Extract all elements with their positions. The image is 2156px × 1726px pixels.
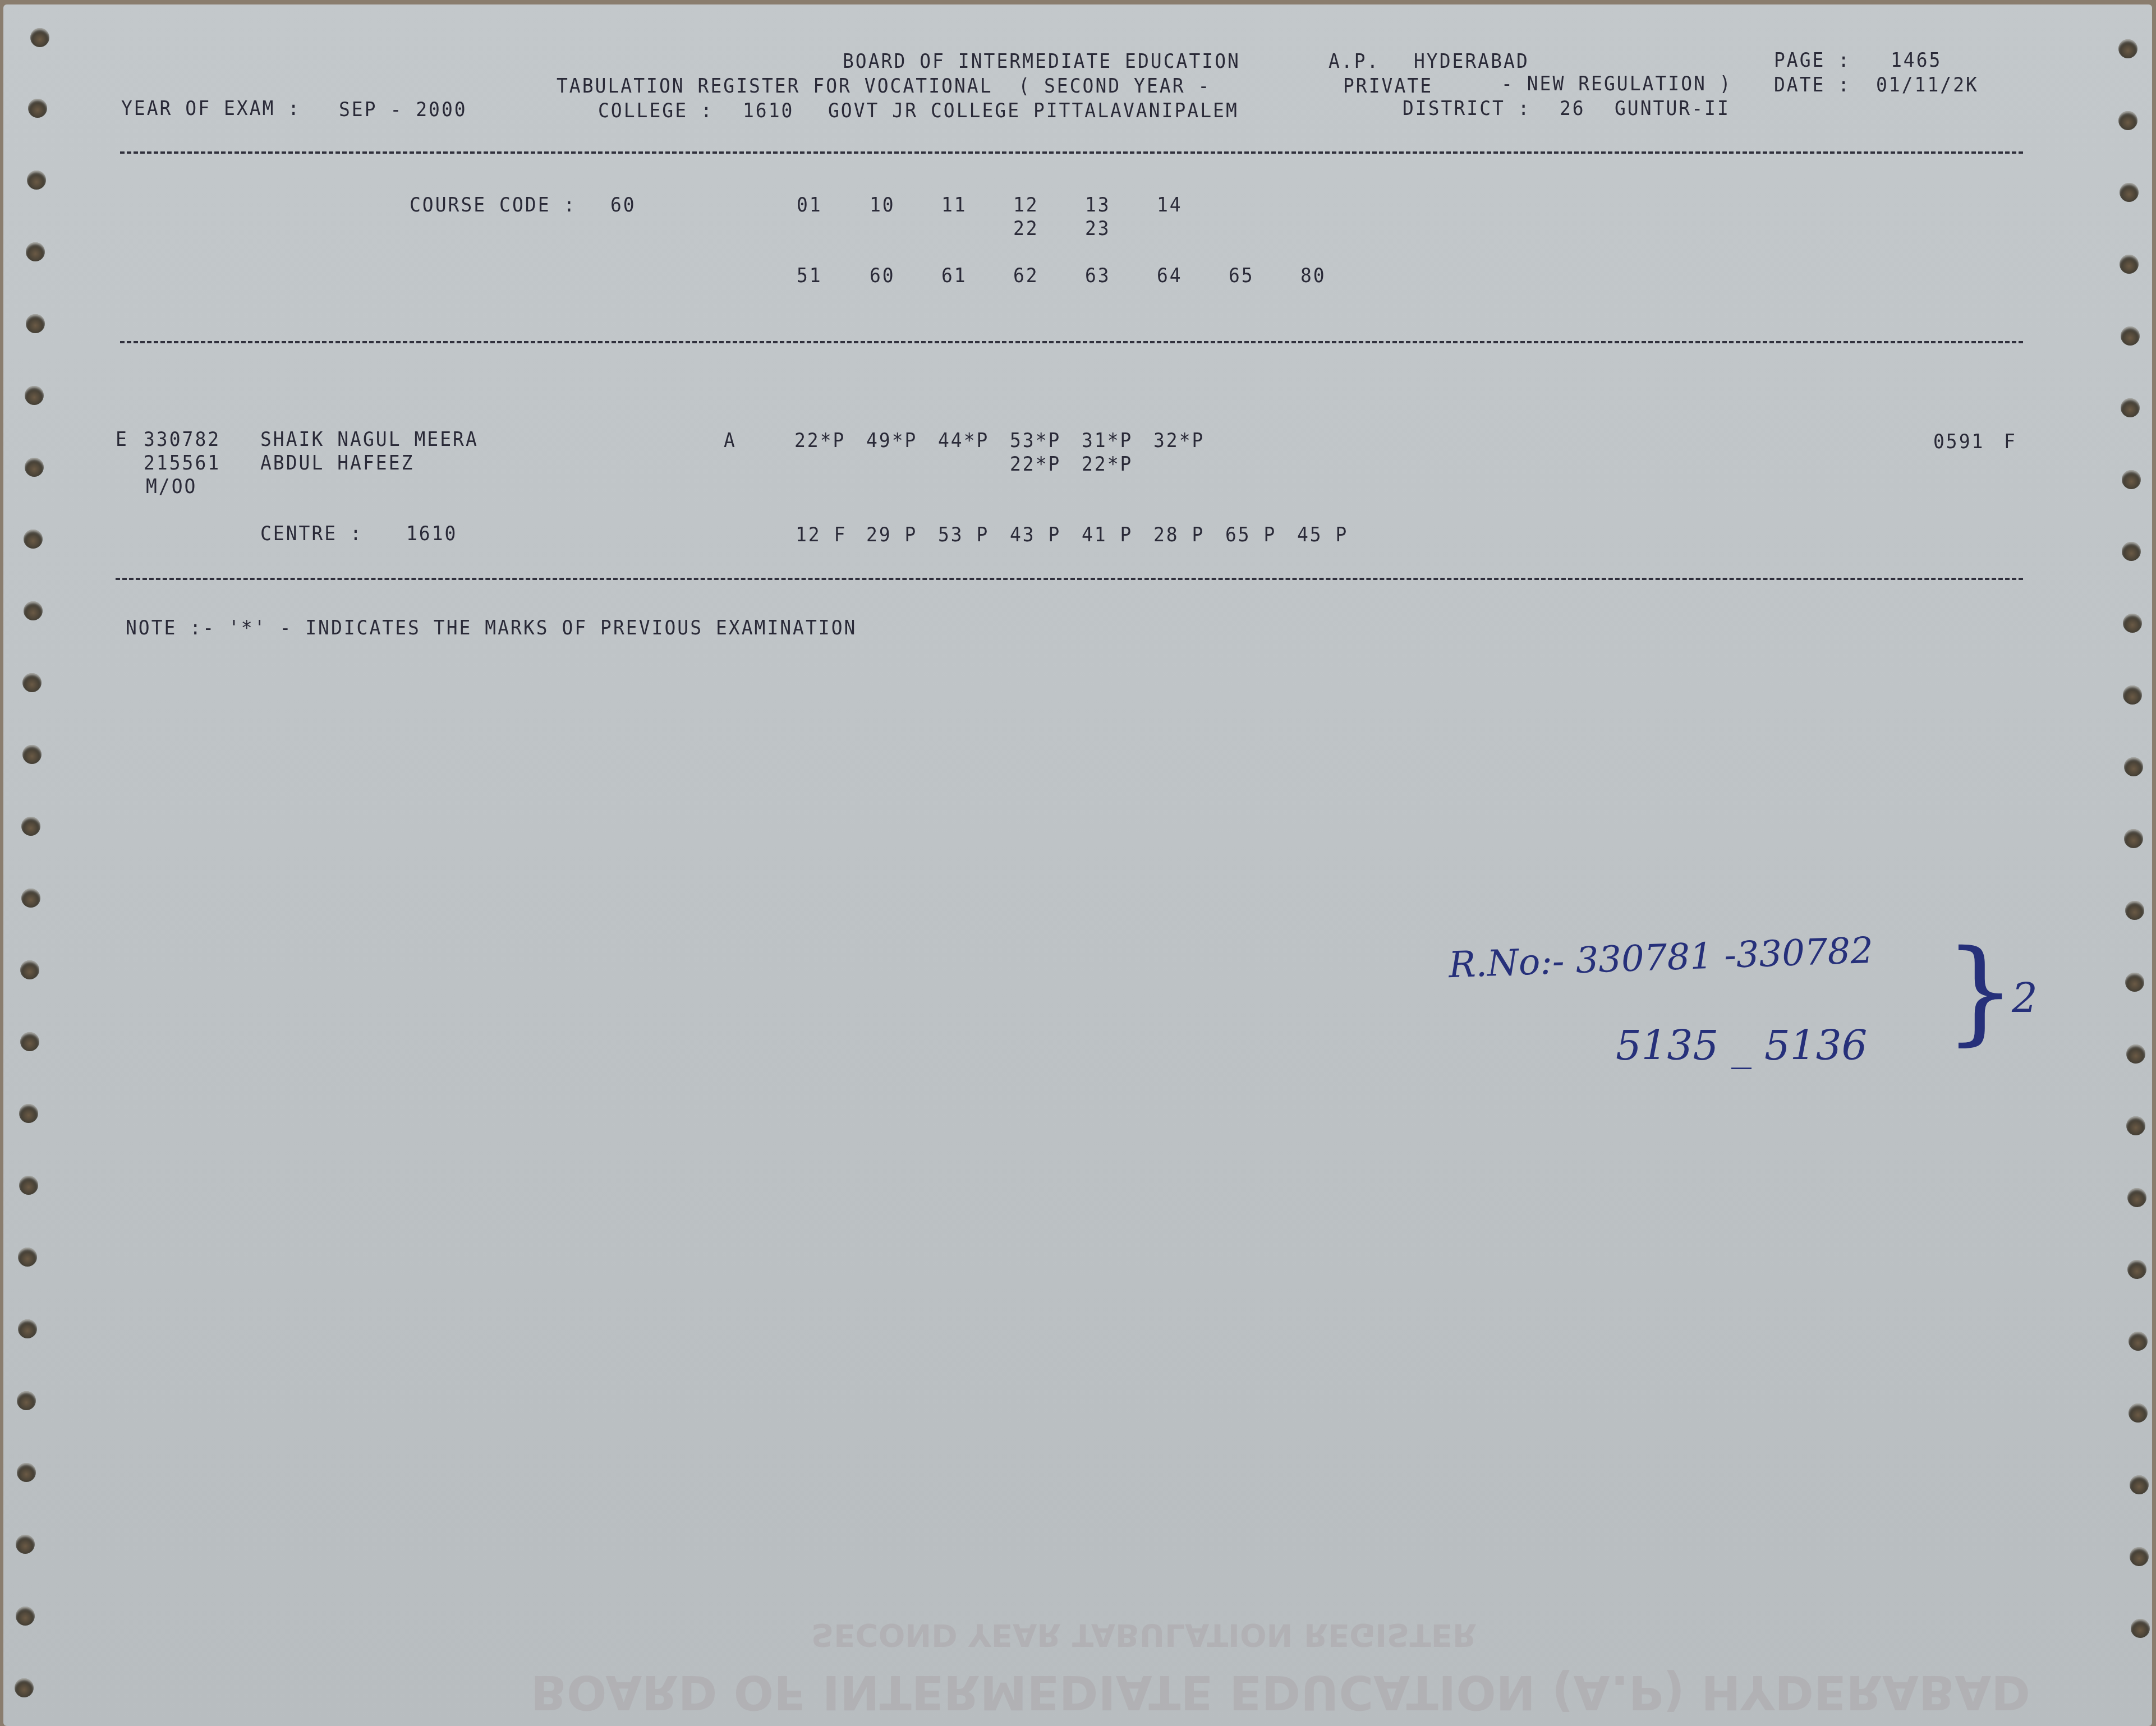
mark-cell: 53*P <box>1010 430 1061 450</box>
feed-hole-icon <box>2124 829 2143 848</box>
subject-code: 14 <box>1157 195 1183 214</box>
tabulation-register-sheet: BOARD OF INTERMEDIATE EDUCATION A.P. HYD… <box>3 4 2152 1726</box>
feed-hole-icon <box>26 314 45 333</box>
feed-hole-icon <box>2125 973 2144 992</box>
district-name: GUNTUR-II <box>1615 98 1730 118</box>
subject-code: 10 <box>870 195 895 214</box>
mark-cell: 22*P <box>794 430 845 450</box>
feed-hole-icon <box>26 242 45 261</box>
subject-code: 65 <box>1229 265 1254 285</box>
subject-code: 62 <box>1013 265 1039 285</box>
feed-hole-icon <box>2118 39 2137 58</box>
mark-cell: 32*P <box>1153 430 1205 450</box>
feed-hole-icon <box>18 1319 37 1338</box>
feed-hole-icon <box>2118 111 2137 130</box>
feed-hole-icon <box>25 386 44 405</box>
mark-cell: 65 P <box>1225 524 1276 544</box>
mark-cell: 28 P <box>1153 524 1205 544</box>
feed-hole-icon <box>2129 1403 2148 1423</box>
subject-code: 13 <box>1085 195 1111 214</box>
feed-hole-icon <box>16 1535 35 1554</box>
feed-hole-icon <box>24 530 43 549</box>
handwritten-count: 2 <box>2012 978 2038 1019</box>
feed-hole-icon <box>2127 1188 2146 1207</box>
feed-hole-icon <box>2120 183 2139 202</box>
district-label: DISTRICT : <box>1403 98 1531 118</box>
mark-cell: 43 P <box>1010 524 1061 544</box>
candidate-type: PRIVATE <box>1343 76 1433 95</box>
feed-hole-icon <box>2123 685 2142 705</box>
board-name: BOARD OF INTERMEDIATE EDUCATION <box>843 51 1240 71</box>
mark-cell: 31*P <box>1082 430 1133 450</box>
feed-hole-icon <box>2121 398 2140 417</box>
feed-hole-icon <box>2123 614 2142 633</box>
feed-hole-icon <box>16 1607 35 1626</box>
feed-hole-icon <box>21 889 40 908</box>
subject-code: 63 <box>1085 265 1111 285</box>
ghost-line: SECOND YEAR TABULATION REGISTER <box>811 1617 1477 1653</box>
course-code-value: 60 <box>610 195 636 214</box>
feed-hole-icon <box>18 1248 37 1267</box>
centre-label: CENTRE : <box>260 523 363 543</box>
father-name: ABDUL HAFEEZ <box>260 453 414 472</box>
college-name: GOVT JR COLLEGE PITTALAVANIPALEM <box>828 100 1239 120</box>
mark-cell: 49*P <box>866 430 917 450</box>
subject-code: 12 <box>1013 195 1039 214</box>
city-name: HYDERABAD <box>1414 51 1529 71</box>
report-date: 01/11/2K <box>1876 75 1979 94</box>
sex-category: M/OO <box>146 476 197 496</box>
state-name: A.P. <box>1328 51 1380 71</box>
register-title: TABULATION REGISTER FOR VOCATIONAL ( SEC… <box>557 76 1211 95</box>
feed-hole-icon <box>21 817 40 836</box>
hall-ticket-number: 330782 <box>144 429 220 449</box>
feed-hole-icon <box>17 1463 36 1482</box>
subject-code: 64 <box>1157 265 1183 285</box>
subject-code: 60 <box>870 265 895 285</box>
feed-hole-icon <box>2130 1547 2149 1566</box>
handwritten-serials: 5135 _ 5136 <box>1616 1025 1867 1066</box>
page-number: 1465 <box>1891 50 1942 70</box>
subject-code: 11 <box>941 195 967 214</box>
record-prefix: E <box>116 429 128 449</box>
college-code: 1610 <box>743 100 794 120</box>
feed-hole-icon <box>2125 901 2144 920</box>
subject-code: 22 <box>1013 218 1039 238</box>
mark-cell: 29 P <box>866 524 917 544</box>
feed-hole-icon <box>19 1104 38 1123</box>
date-label: DATE : <box>1774 75 1851 94</box>
district-code: 26 <box>1560 98 1585 118</box>
mark-cell: 22*P <box>1082 454 1133 473</box>
feed-hole-icon <box>2124 757 2143 776</box>
separator-line <box>116 578 2023 580</box>
college-label: COLLEGE : <box>598 100 714 120</box>
separator-line <box>120 151 2023 154</box>
mark-cell: 44*P <box>938 430 989 450</box>
feed-hole-icon <box>28 99 47 118</box>
subject-code: 80 <box>1300 265 1326 285</box>
subject-code: 61 <box>941 265 967 285</box>
feed-hole-icon <box>22 745 42 764</box>
feed-hole-icon <box>24 601 43 620</box>
medium-code: A <box>724 430 737 450</box>
year-label: YEAR OF EXAM : <box>121 98 301 118</box>
feed-hole-icon <box>2122 542 2141 561</box>
mark-cell: 12 F <box>796 524 847 544</box>
feed-hole-icon <box>17 1391 36 1410</box>
page-label: PAGE : <box>1774 50 1851 70</box>
feed-hole-icon <box>22 673 42 692</box>
course-code-label: COURSE CODE : <box>410 195 576 214</box>
footnote: NOTE :- '*' - INDICATES THE MARKS OF PRE… <box>126 618 857 637</box>
feed-hole-icon <box>2127 1260 2146 1279</box>
feed-hole-icon <box>2129 1332 2148 1351</box>
feed-hole-icon <box>2120 255 2139 274</box>
feed-hole-icon <box>25 458 44 477</box>
feed-hole-icon <box>30 28 49 47</box>
feed-hole-icon <box>2121 326 2140 346</box>
feed-hole-icon <box>2126 1116 2145 1135</box>
result-status: F <box>2004 431 2017 451</box>
feed-hole-icon <box>15 1678 34 1697</box>
handwritten-bracket: } <box>1944 936 2016 1048</box>
feed-hole-icon <box>27 171 46 190</box>
subject-code: 01 <box>797 195 822 214</box>
year-value: SEP - 2000 <box>339 99 467 119</box>
feed-hole-icon <box>19 1176 38 1195</box>
regulation-label: - NEW REGULATION ) <box>1501 73 1732 93</box>
centre-code: 1610 <box>406 523 457 543</box>
student-name: SHAIK NAGUL MEERA <box>260 429 479 449</box>
feed-hole-icon <box>2122 470 2141 489</box>
feed-hole-icon <box>2131 1619 2150 1638</box>
register-number: 215561 <box>144 453 220 472</box>
total-marks: 0591 <box>1933 431 1984 451</box>
subject-code: 23 <box>1085 218 1111 238</box>
feed-hole-icon <box>20 1032 39 1051</box>
feed-hole-icon <box>2130 1475 2149 1494</box>
feed-hole-icon <box>20 960 39 979</box>
mark-cell: 45 P <box>1297 524 1348 544</box>
subject-code: 51 <box>797 265 822 285</box>
feed-hole-icon <box>2126 1044 2145 1064</box>
ghost-line: BOARD OF INTERMEDIATE EDUCATION (A.P) HY… <box>531 1665 2030 1720</box>
mark-cell: 53 P <box>938 524 989 544</box>
handwritten-roll-numbers: R.No:- 330781 -330782 <box>1448 933 1874 983</box>
separator-line <box>120 341 2023 343</box>
mark-cell: 22*P <box>1010 454 1061 473</box>
mark-cell: 41 P <box>1082 524 1133 544</box>
